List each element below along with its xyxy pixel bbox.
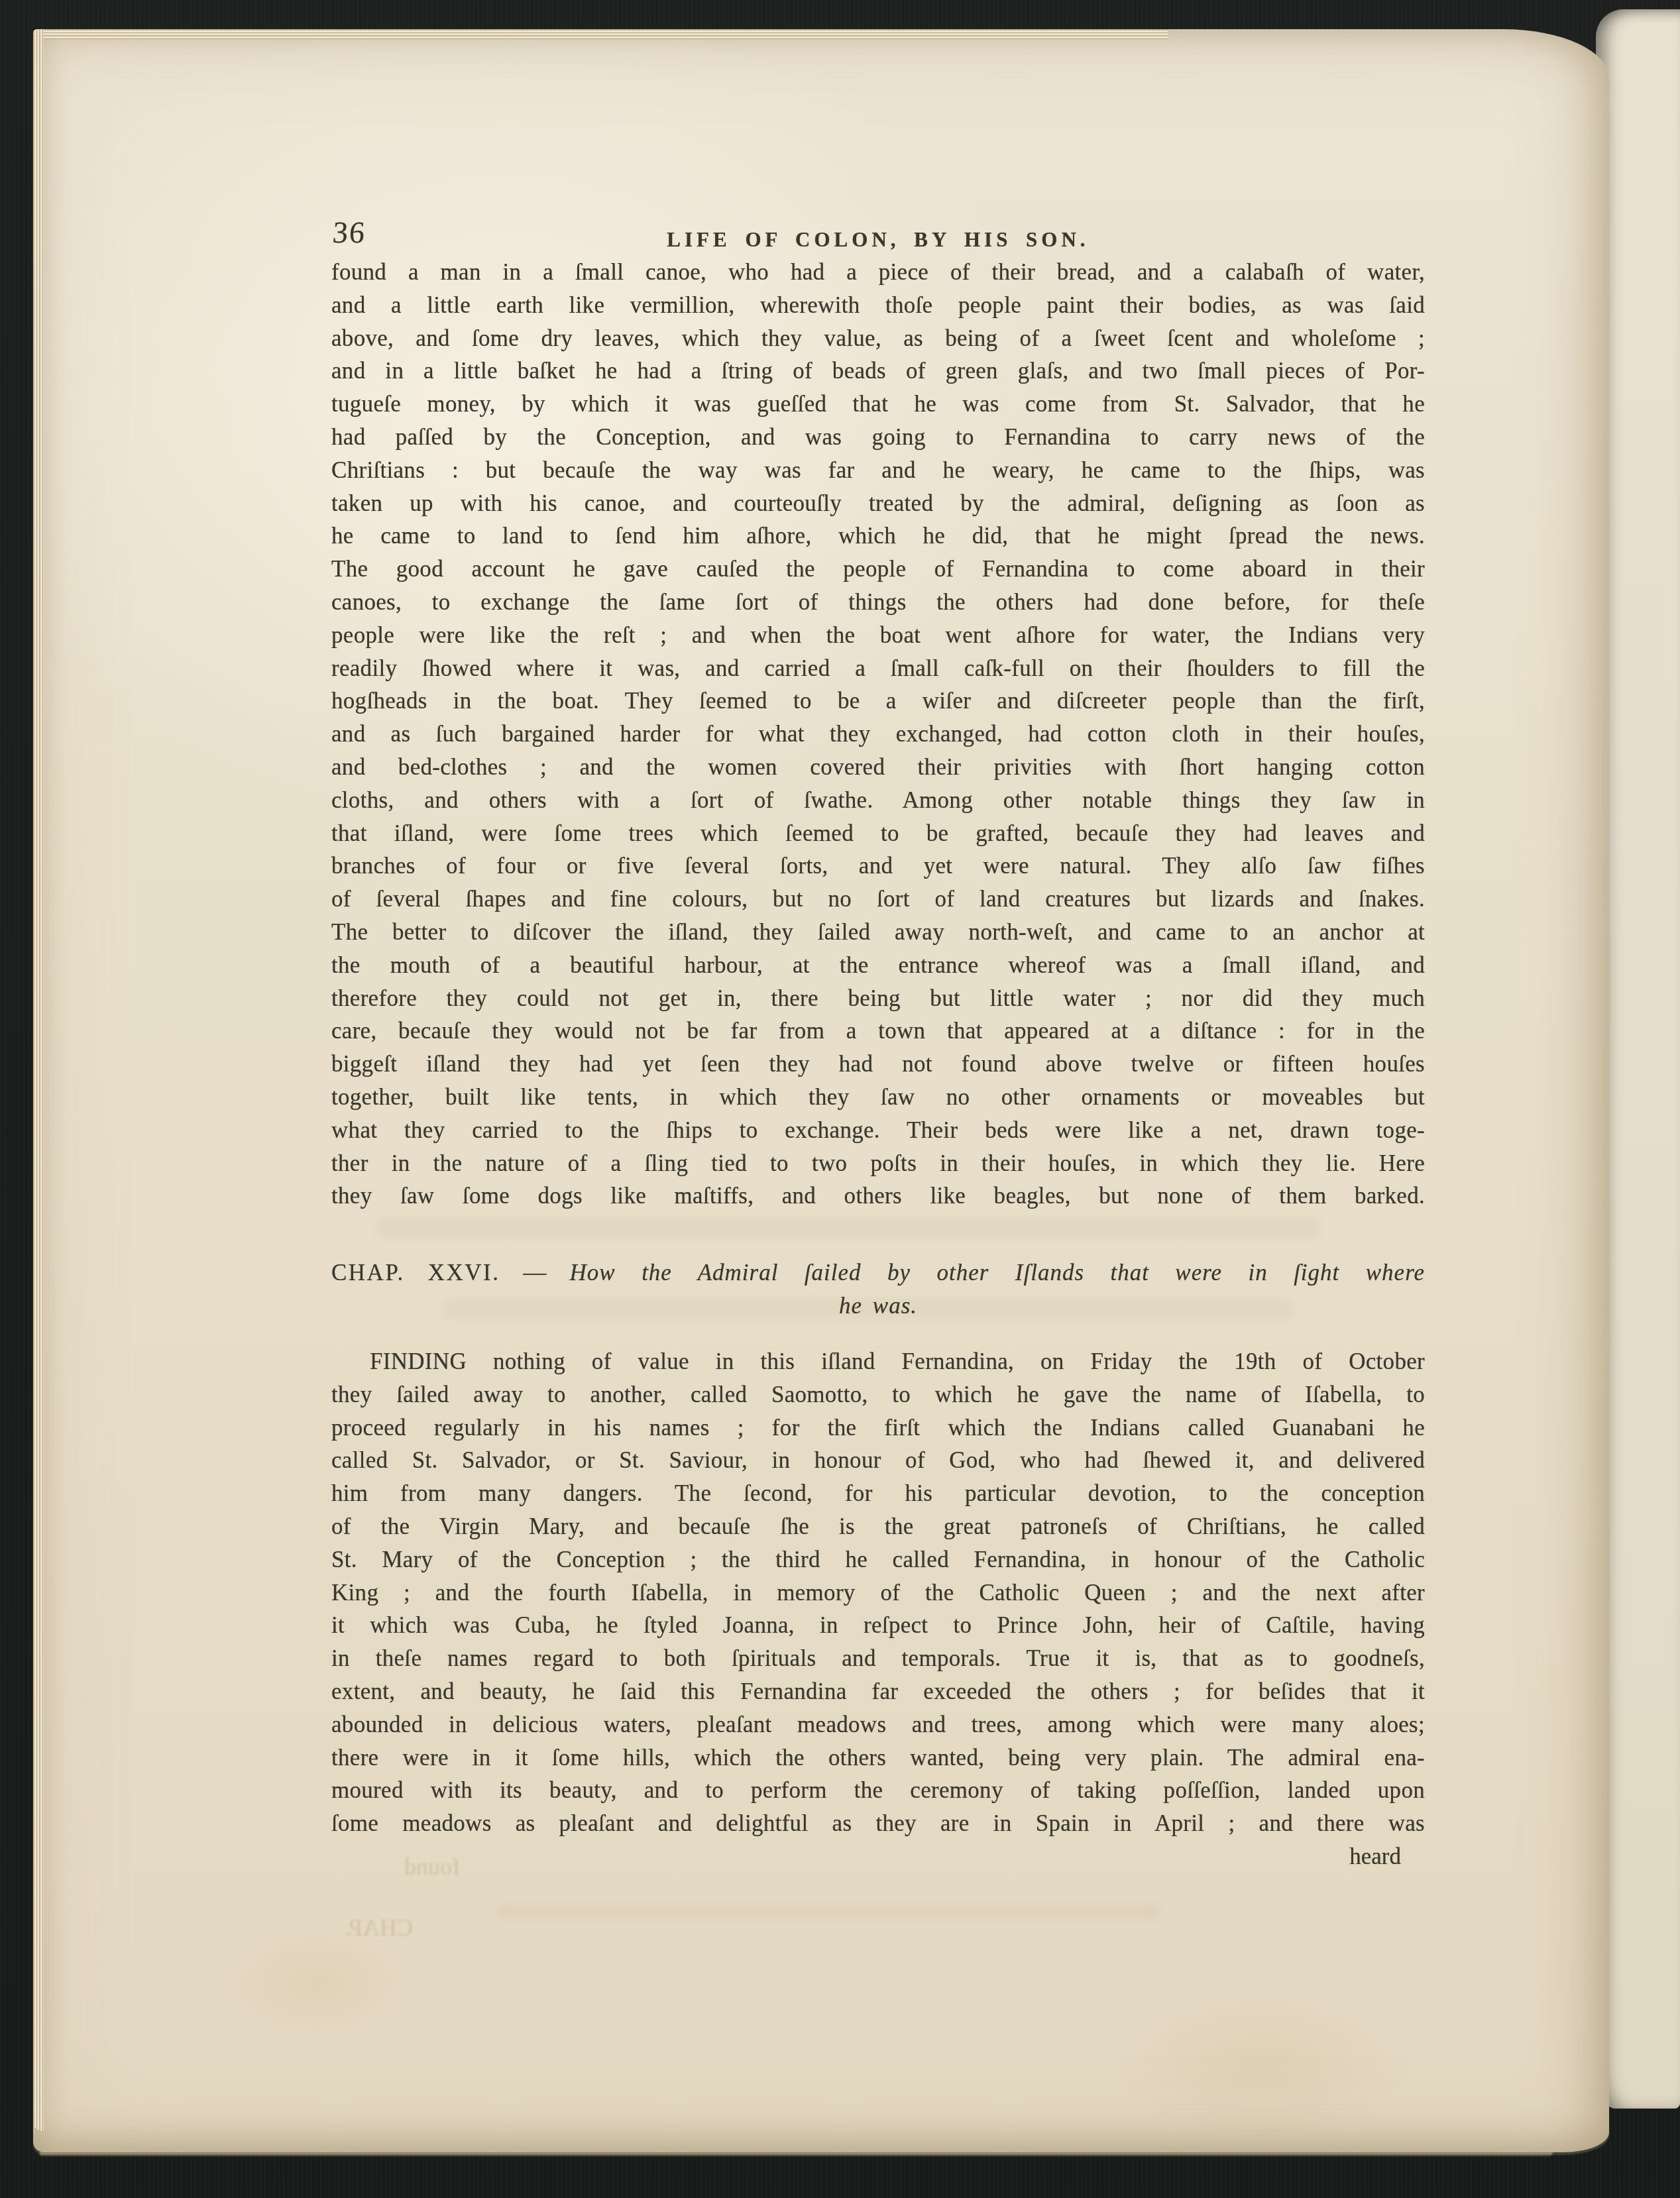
text-line: taken up with his canoe, and courteouſly…	[331, 487, 1425, 520]
text-line: found a man in a ſmall canoe, who had a …	[331, 256, 1425, 289]
text-line: had paſſed by the Conception, and was go…	[331, 421, 1425, 454]
book-page: found CHAP. 36 LIFE OF COLON, BY HIS SON…	[33, 29, 1609, 2152]
text-line: The good account he gave cauſed the peop…	[331, 553, 1425, 586]
text-line: ther in the nature of a ſling tied to tw…	[331, 1147, 1425, 1180]
text-line: moured with its beauty, and to perform t…	[331, 1774, 1425, 1807]
text-line: and bed-clothes ; and the women covered …	[331, 751, 1425, 784]
text-line: what they carried to the ſhips to exchan…	[331, 1114, 1425, 1147]
text-line: that iſland, were ſome trees which ſeeme…	[331, 817, 1425, 850]
text-line: there were in it ſome hills, which the o…	[331, 1741, 1425, 1775]
text-line: the mouth of a beautiful harbour, at the…	[331, 949, 1425, 982]
text-line: St. Mary of the Conception ; the third h…	[331, 1543, 1425, 1576]
page-bottom-edge	[40, 2152, 1553, 2156]
text-line: branches of four or five ſeveral ſorts, …	[331, 850, 1425, 883]
text-line: King ; and the fourth Iſabella, in memor…	[331, 1576, 1425, 1610]
show-through-band	[497, 1904, 1160, 1919]
text-line: care, becauſe they would not be far from…	[331, 1015, 1425, 1048]
chapter-title-text: How the Admiral ſailed by other Iſlands …	[570, 1260, 1425, 1286]
chapter-heading: CHAP. XXVI. — How the Admiral ſailed by …	[331, 1256, 1425, 1323]
text-line: hogſheads in the boat. They ſeemed to be…	[331, 685, 1425, 718]
text-line: in theſe names regard to both ſpirituals…	[331, 1642, 1425, 1675]
page-stack-edge-left	[33, 29, 44, 2131]
text-line: Chriſtians : but becauſe the way was far…	[331, 454, 1425, 487]
text-line: and a little earth like vermillion, wher…	[331, 289, 1425, 322]
text-line: cloths, and others with a ſort of ſwathe…	[331, 784, 1425, 817]
text-line: he came to land to ſend him aſhore, whic…	[331, 520, 1425, 553]
text-line: called St. Salvador, or St. Saviour, in …	[331, 1444, 1425, 1477]
text-line: they ſailed away to another, called Saom…	[331, 1378, 1425, 1411]
show-through-band	[378, 1219, 1319, 1236]
text-line: of the Virgin Mary, and becauſe ſhe is t…	[331, 1510, 1425, 1543]
text-line: abounded in delicious waters, pleaſant m…	[331, 1708, 1425, 1741]
text-line: therefore they could not get in, there b…	[331, 982, 1425, 1015]
text-line: readily ſhowed where it was, and carried…	[331, 652, 1425, 685]
text-line: together, built like tents, in which the…	[331, 1081, 1425, 1114]
paragraph-1: found a man in a ſmall canoe, who had a …	[331, 256, 1425, 1213]
text-line: tugueſe money, by which it was gueſſed t…	[331, 388, 1425, 421]
text-line: above, and ſome dry leaves, which they v…	[331, 322, 1425, 355]
catchword: heard	[331, 1843, 1401, 1870]
text-line: proceed regularly in his names ; for the…	[331, 1411, 1425, 1445]
chapter-number-label: CHAP. XXVI. —	[331, 1260, 548, 1286]
text-line: and in a little baſket he had a ſtring o…	[331, 355, 1425, 388]
page-stack-edge-top	[33, 29, 1168, 39]
text-line: The better to diſcover the iſland, they …	[331, 916, 1425, 949]
text-line: canoes, to exchange the ſame ſort of thi…	[331, 586, 1425, 619]
paragraph-2: FINDING nothing of value in this iſland …	[331, 1345, 1425, 1840]
show-through-word: CHAP.	[346, 1914, 413, 1942]
text-line: of ſeveral ſhapes and fine colours, but …	[331, 883, 1425, 916]
text-line: ſome meadows as pleaſant and delightful …	[331, 1807, 1425, 1840]
chapter-heading-line-1: CHAP. XXVI. — How the Admiral ſailed by …	[331, 1256, 1425, 1290]
text-line: him from many dangers. The ſecond, for h…	[331, 1477, 1425, 1510]
text-line: biggeſt iſland they had yet ſeen they ha…	[331, 1048, 1425, 1081]
text-line: they ſaw ſome dogs like maſtiffs, and ot…	[331, 1180, 1425, 1213]
text-line: people were like the reſt ; and when the…	[331, 619, 1425, 652]
text-line: extent, and beauty, he ſaid this Fernand…	[331, 1675, 1425, 1708]
text-line: FINDING nothing of value in this iſland …	[331, 1345, 1425, 1378]
chapter-heading-line-2: he was.	[331, 1290, 1425, 1323]
running-header: LIFE OF COLON, BY HIS SON.	[331, 228, 1425, 252]
text-line: it which was Cuba, he ſtyled Joanna, in …	[331, 1609, 1425, 1642]
text-line: and as ſuch bargained harder for what th…	[331, 718, 1425, 751]
